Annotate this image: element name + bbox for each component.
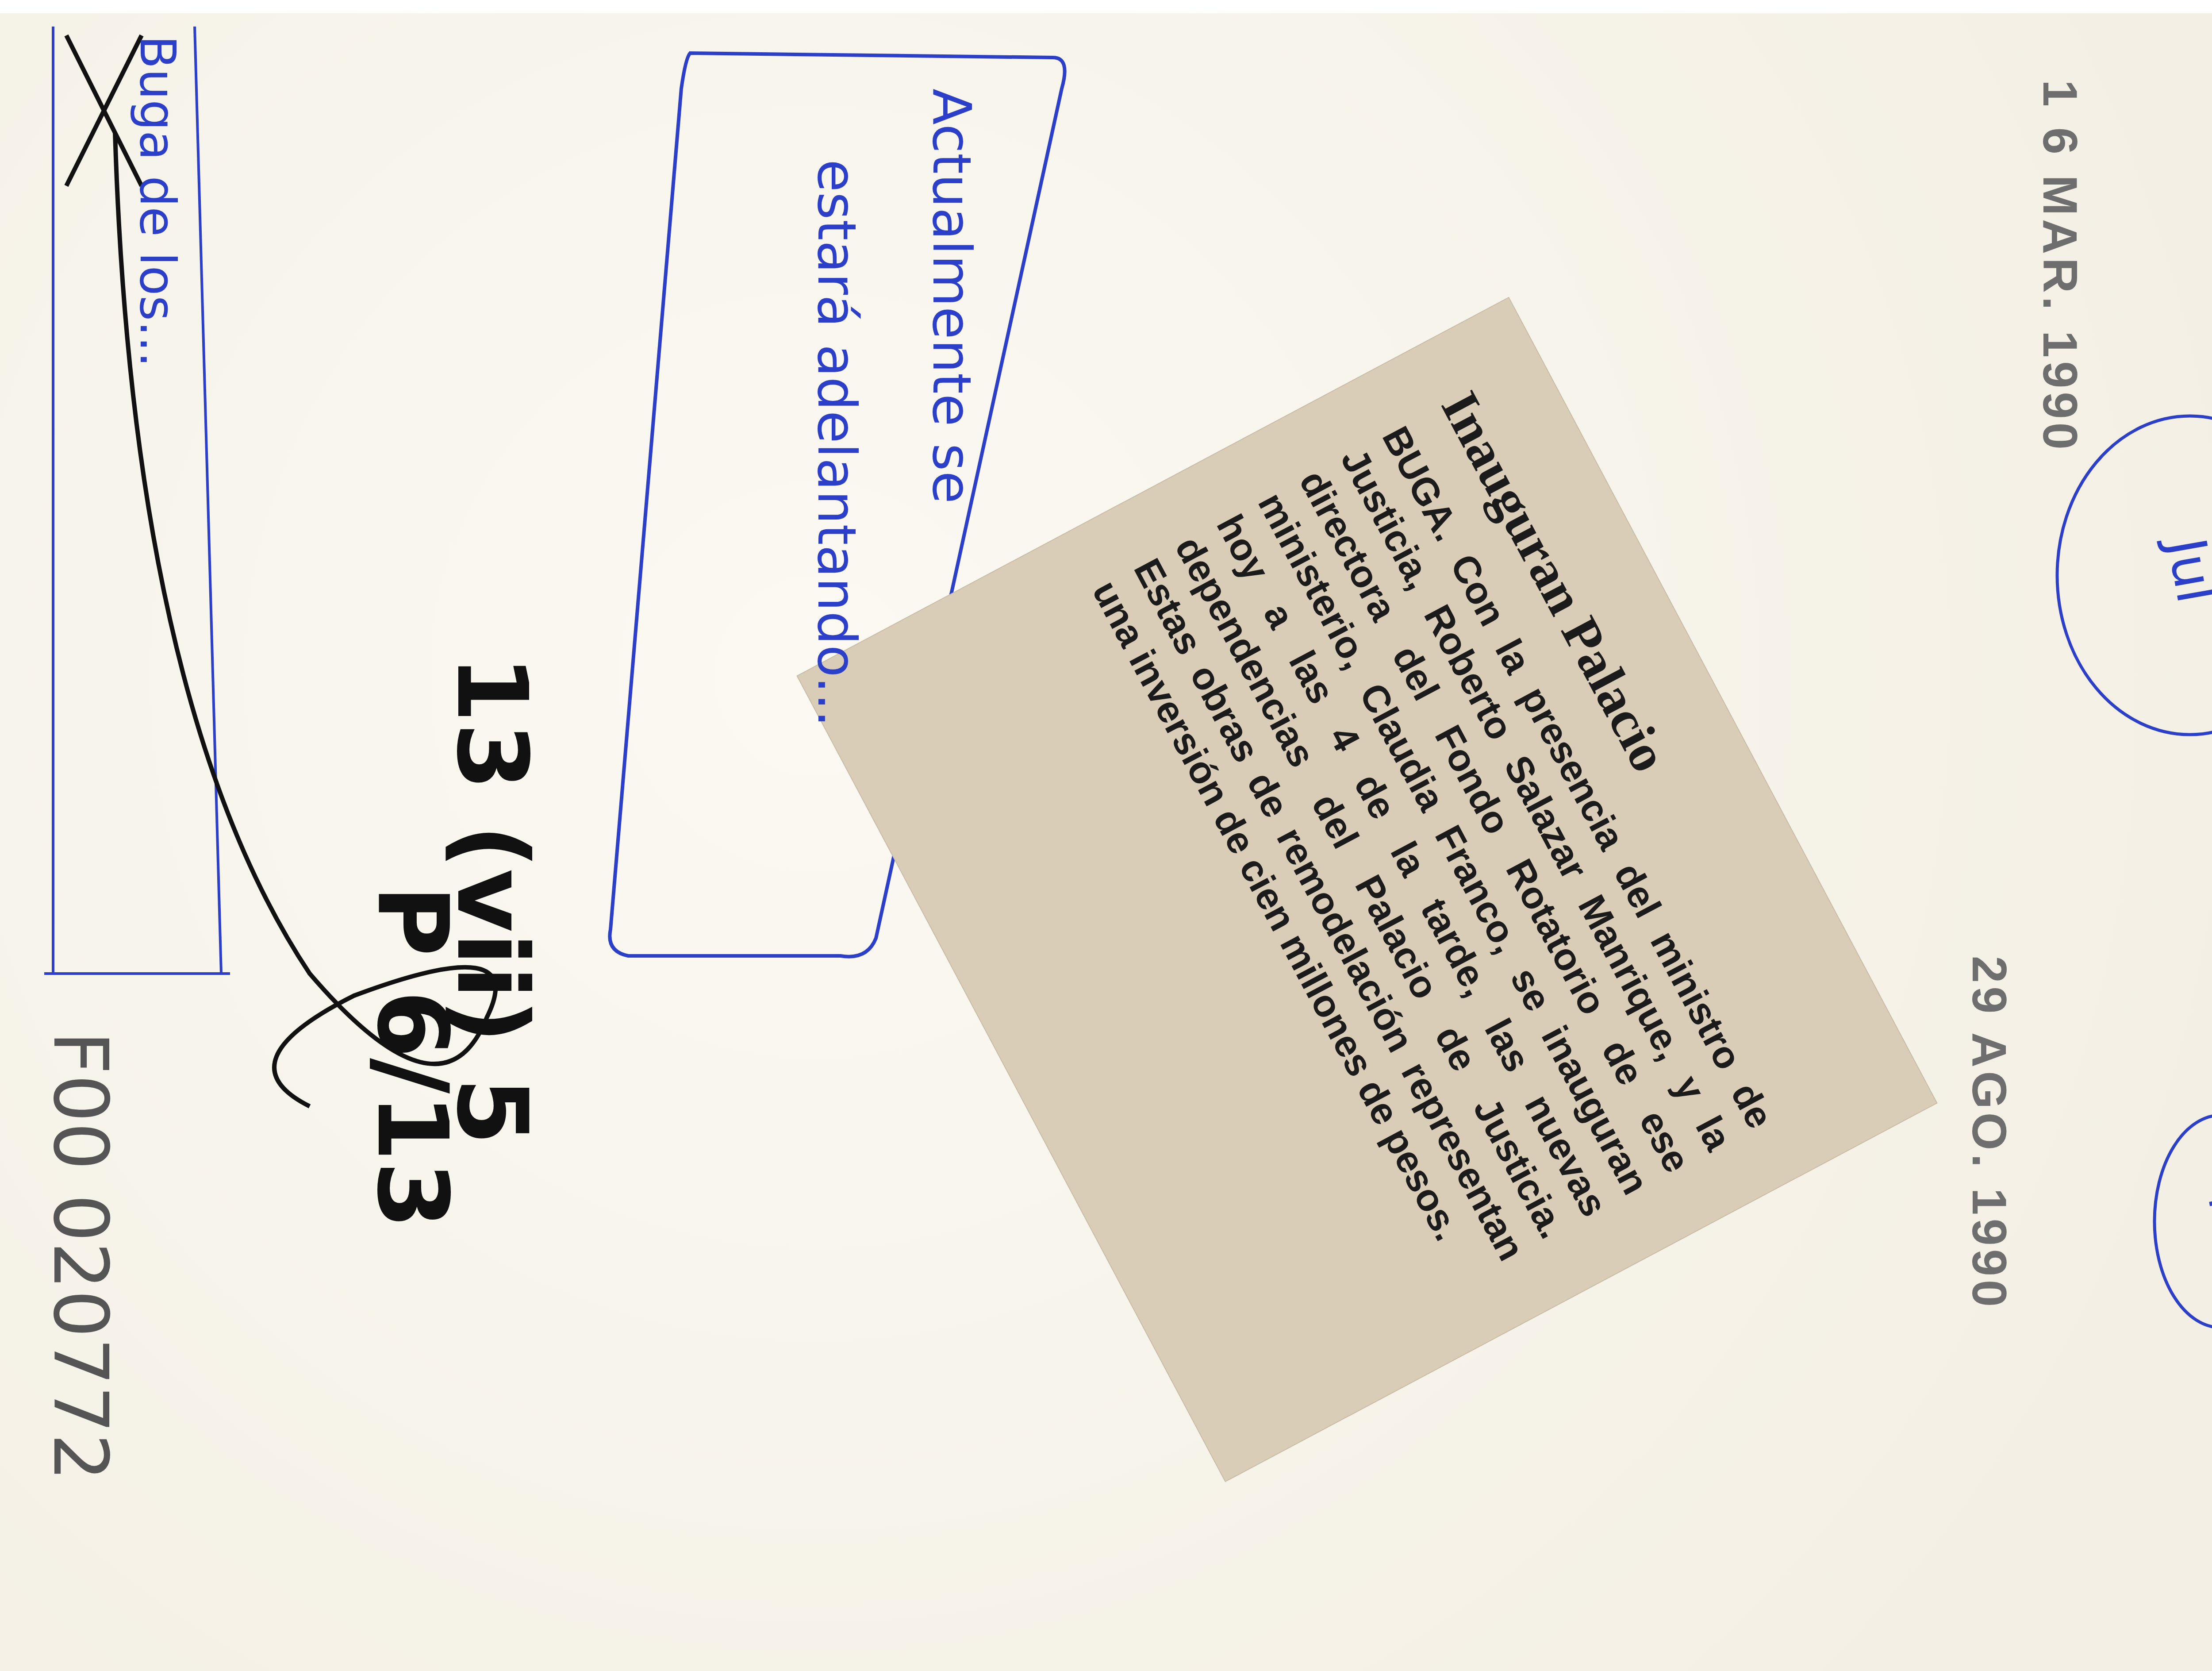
date-stamp-2: 29 AGO. 1990 [1961,956,2017,1310]
date-stamp-1: 1 6 MAR. 1990 [2032,80,2088,453]
handwritten-margin-crossed: Buga de los... [129,35,186,367]
pencil-catalog-number: F00 020772 [36,1031,124,1481]
handwritten-note-left-1: Actualmente se [921,89,982,504]
handwritten-note-left-2: estará adelantando... [806,159,867,727]
handwritten-code-p613: P 6/13 [356,885,469,1229]
